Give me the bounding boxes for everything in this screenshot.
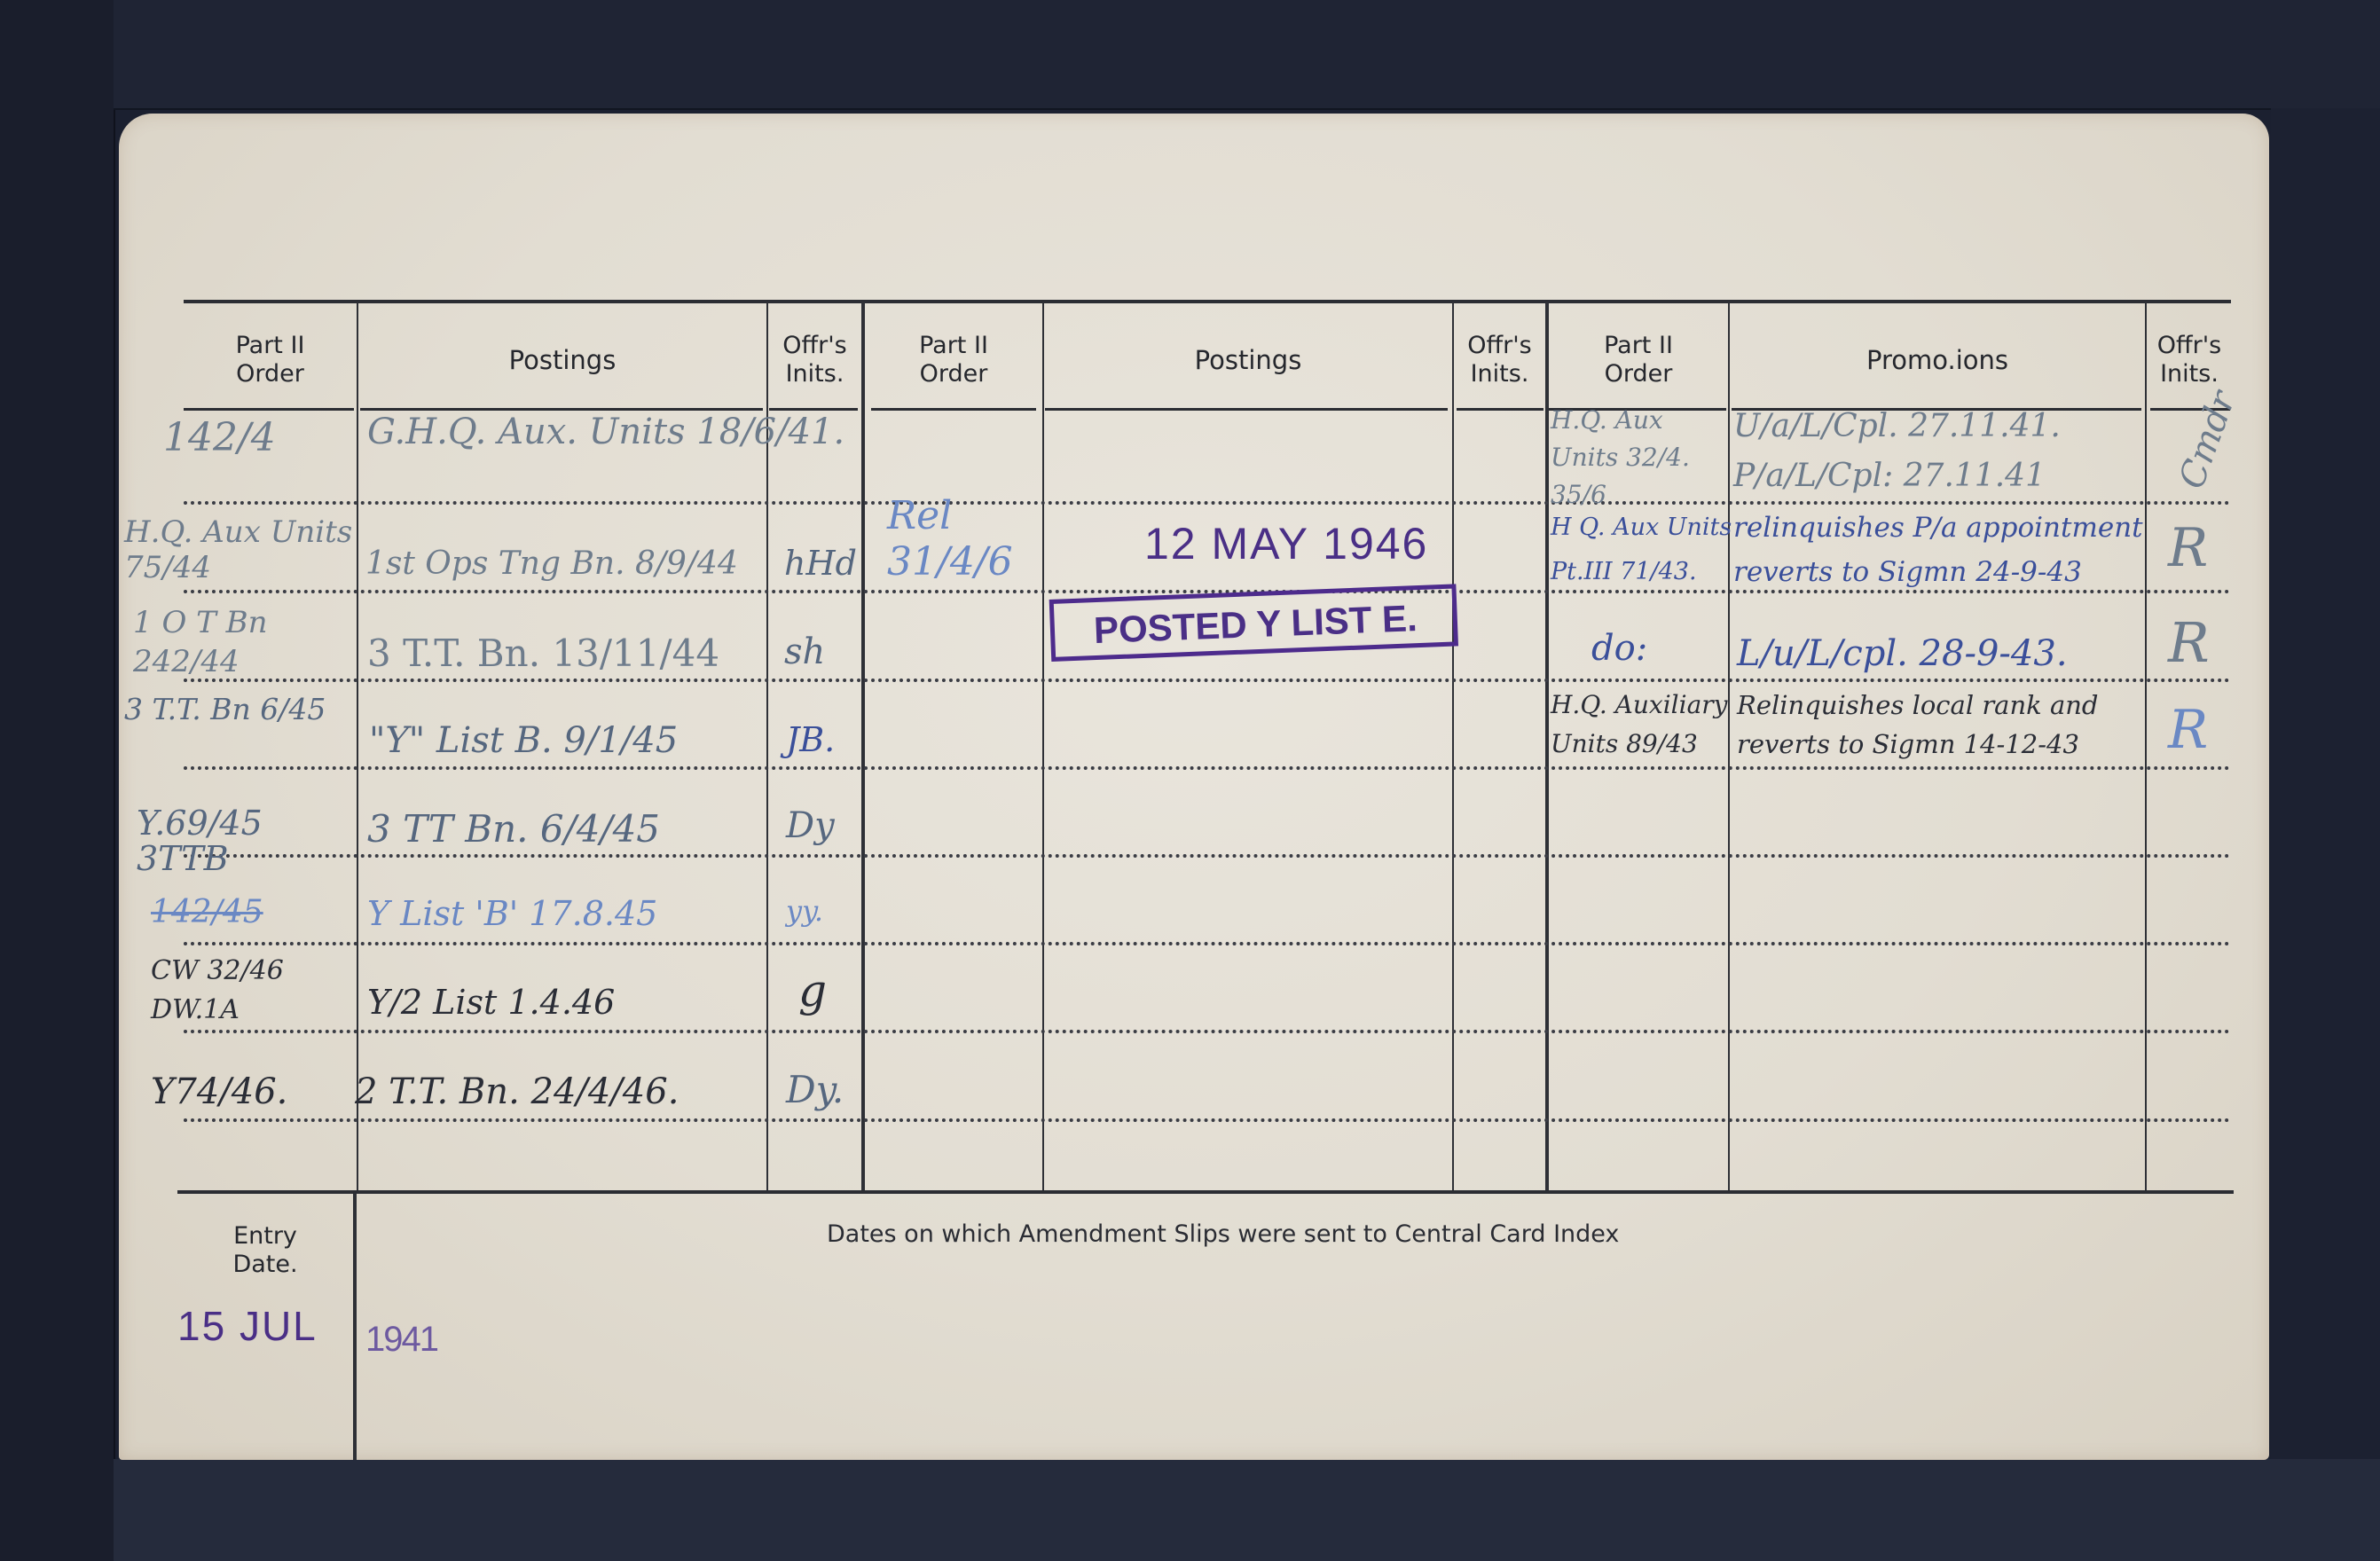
inits-cell: Dy. [786, 1068, 844, 1111]
posted-y-list-stamp: POSTED Y LIST E. [1049, 584, 1458, 662]
group-divider [1545, 302, 1549, 1192]
order-cell: CW 32/46 DW.1A [151, 952, 346, 1030]
header-rule [1045, 408, 1448, 411]
promo-order-cell: H Q. Aux Units Pt.III 71/43. [1551, 506, 1732, 594]
promo-inits-cell: R [2168, 610, 2210, 675]
header-part-ii-order-2: Part II Order [865, 332, 1042, 388]
header-offrs-inits-2: Offr's Inits. [1454, 332, 1545, 388]
header-rule [769, 408, 858, 411]
inits-cell: g [798, 965, 827, 1016]
service-record-card: Part II Order Postings Offr's Inits. Par… [119, 114, 2269, 1460]
frame-bottom [114, 1459, 2380, 1561]
header-postings-2: Postings [1044, 346, 1452, 374]
header-promotions: Promo.ions [1730, 346, 2145, 374]
header-rule [871, 408, 1036, 411]
promotion-cell: Relinquishes local rank and reverts to S… [1737, 686, 2154, 764]
posting-cell: 3 T.T. Bn. 13/11/44 [367, 631, 719, 675]
header-rule [360, 408, 763, 411]
frame-top [114, 0, 2380, 110]
order-cell: 142/4 [163, 415, 276, 460]
amendment-slips-title: Dates on which Amendment Slips were sent… [827, 1220, 1619, 1248]
posting-cell: Y/2 List 1.4.46 [367, 983, 615, 1022]
posting-cell: G.H.Q. Aux. Units 18/6/41. [367, 412, 844, 452]
header-rule [1457, 408, 1543, 411]
promo-order-cell: do: [1591, 628, 1647, 669]
posting-cell: 1st Ops Tng Bn. 8/9/44 [365, 545, 738, 582]
order-cell: 142/45 [151, 894, 263, 930]
order-cell: 1 O T Bn 242/44 [133, 603, 346, 681]
promo-inits-cell: Cmdr [2172, 386, 2244, 494]
order-cell: H.Q. Aux Units 75/44 [124, 514, 355, 585]
inits-cell: JB. [786, 720, 835, 759]
entry-date-header: Entry Date. [177, 1222, 353, 1279]
inits-cell: Dy [786, 805, 835, 846]
entry-date-stamp: 15 JUL [177, 1302, 318, 1350]
header-offrs-inits-1: Offr's Inits. [768, 332, 861, 388]
order-cell: Y.69/45 3TTB [137, 805, 350, 876]
promo-inits-cell: R [2168, 699, 2208, 761]
order-cell: Y74/46. [151, 1071, 287, 1112]
column-divider [357, 302, 358, 1192]
promo-order-cell: H.Q. Aux Units 32/4. 35/6 [1551, 402, 1732, 514]
header-part-ii-order-1: Part II Order [184, 332, 357, 388]
top-rule [184, 300, 2231, 303]
inits-cell: yy. [786, 894, 823, 928]
table-bottom-rule [177, 1190, 2234, 1194]
inits-cell: hHd [784, 544, 857, 583]
posting-cell: 3 TT Bn. 6/4/45 [367, 807, 660, 851]
entry-year-stamp: 1941 [365, 1320, 437, 1360]
posting-cell: 2 T.T. Bn. 24/4/46. [355, 1071, 679, 1112]
column-divider [1452, 302, 1454, 1192]
promo-inits-cell: R [2168, 517, 2208, 579]
order-cell-rel: Rel 31/4/6 [887, 493, 1020, 585]
footer-divider [353, 1194, 357, 1460]
header-rule [184, 408, 354, 411]
date-stamp: 12 MAY 1946 [1144, 518, 1428, 569]
frame-right [2271, 108, 2380, 1459]
group-divider [861, 302, 865, 1192]
column-divider [1042, 302, 1044, 1192]
frame-left [0, 0, 115, 1561]
promotion-cell: U/a/L/Cpl. 27.11.41. P/a/L/Cpl: 27.11.41 [1733, 402, 2141, 501]
header-postings-1: Postings [358, 346, 766, 374]
promo-order-cell: H.Q. Auxiliary Units 89/43 [1551, 686, 1737, 764]
posting-cell: "Y" List B. 9/1/45 [369, 720, 678, 761]
order-cell: 3 T.T. Bn 6/45 [124, 690, 346, 729]
promotion-cell: L/u/L/cpl. 28-9-43. [1737, 633, 2068, 674]
posting-cell: Y List 'B' 17.8.45 [367, 894, 657, 933]
header-part-ii-order-3: Part II Order [1549, 332, 1728, 388]
header-offrs-inits-3: Offr's Inits. [2147, 332, 2232, 388]
promotion-cell: relinquishes P/a appointment reverts to … [1733, 506, 2150, 594]
inits-cell: sh [784, 631, 825, 672]
